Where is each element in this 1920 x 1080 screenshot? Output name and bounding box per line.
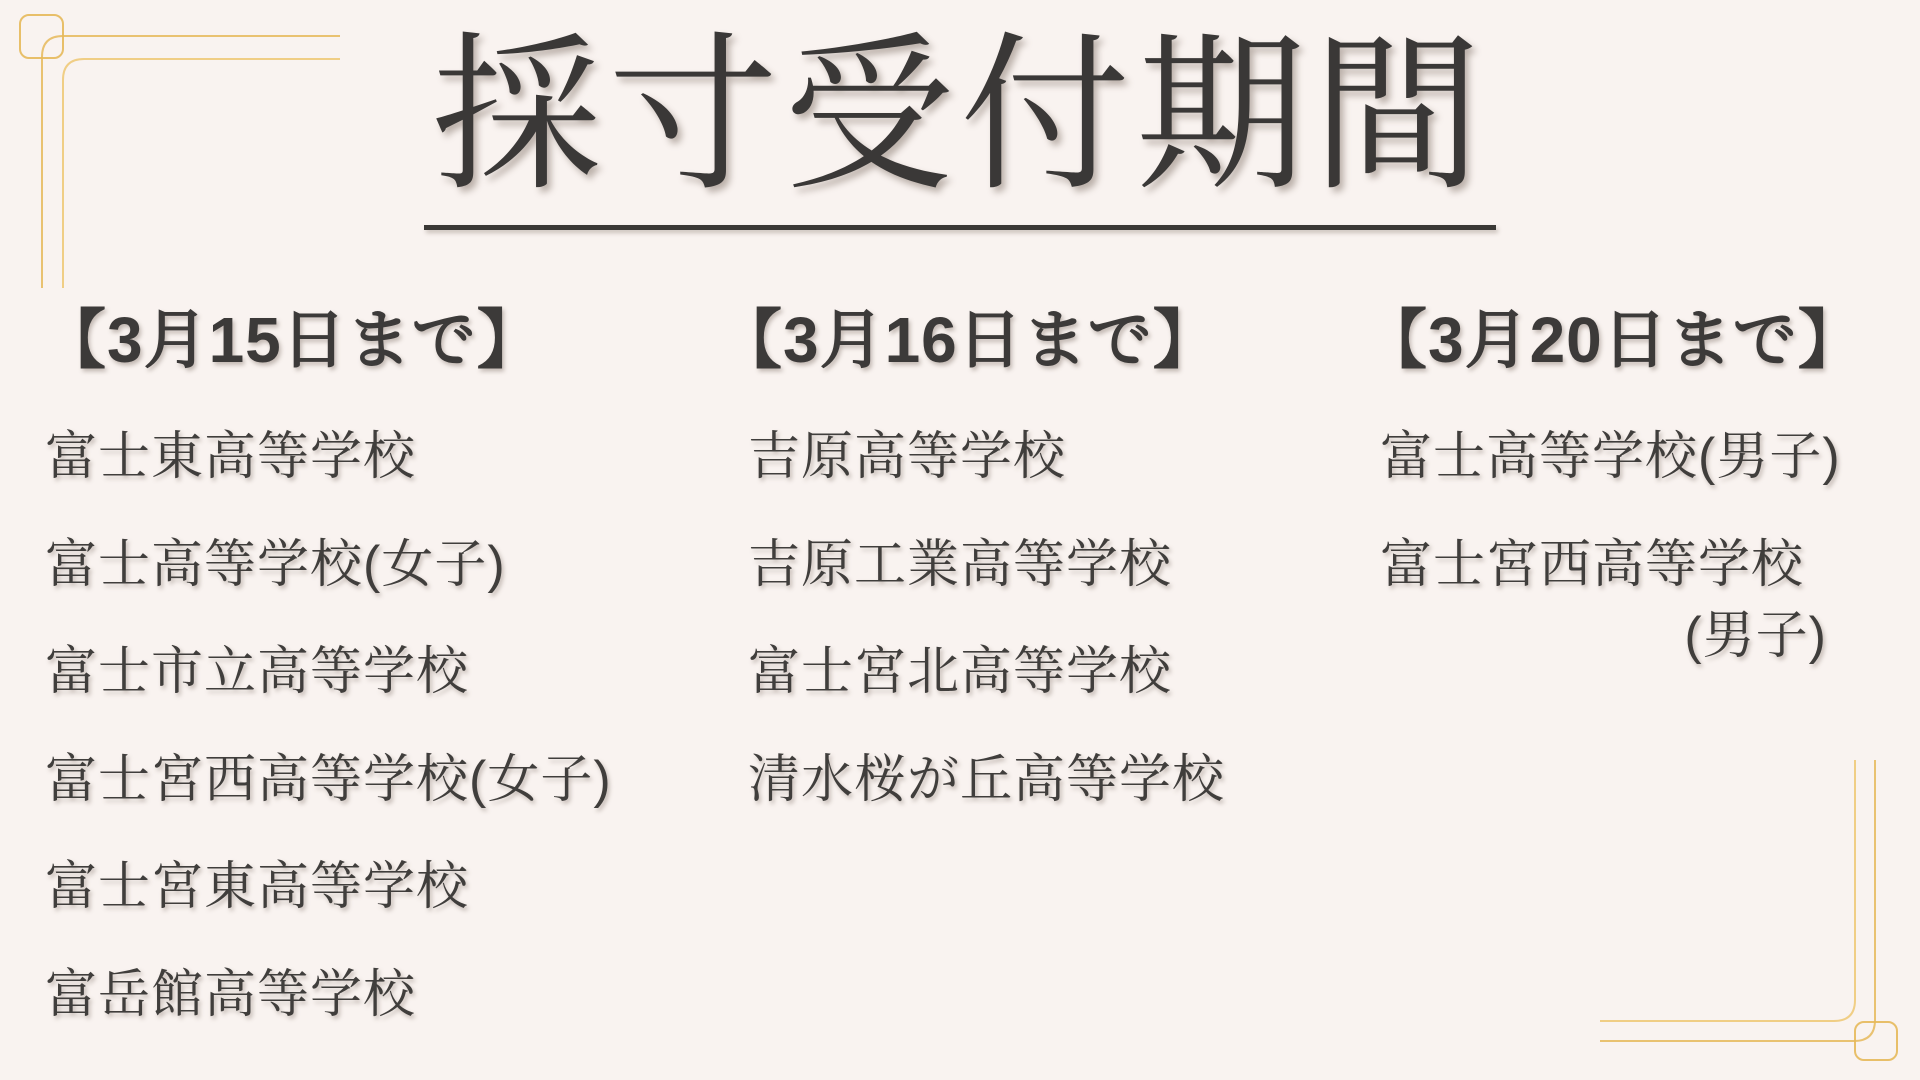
- school-list: 富士高等学校(男子)富士宮西高等学校(男子): [1363, 430, 1833, 664]
- school-item: 富士市立高等学校: [45, 645, 662, 700]
- school-item: (男子): [1380, 609, 1833, 664]
- school-list: 富士東高等学校富士高等学校(女子)富士市立高等学校富士宮西高等学校(女子)富士宮…: [42, 430, 662, 1023]
- school-item: 吉原工業高等学校: [748, 538, 1278, 593]
- school-item: 清水桜が丘高等学校: [748, 753, 1278, 808]
- school-item: 富士宮西高等学校: [1380, 538, 1833, 593]
- schedule-column: 【3月16日まで】吉原高等学校吉原工業高等学校富士宮北高等学校清水桜が丘高等学校: [718, 300, 1278, 860]
- school-item: 富士宮北高等学校: [748, 645, 1278, 700]
- title-block: 採寸受付期間: [0, 0, 1920, 230]
- schedule-column: 【3月20日まで】富士高等学校(男子)富士宮西高等学校(男子): [1363, 300, 1833, 717]
- school-item: 吉原高等学校: [748, 430, 1278, 485]
- school-item: 富士高等学校(男子): [1380, 430, 1833, 485]
- column-header: 【3月16日まで】: [718, 300, 1278, 380]
- school-item: 富士高等学校(女子): [45, 538, 662, 593]
- school-item: 富岳館高等学校: [45, 968, 662, 1023]
- school-item: 富士宮西高等学校(女子): [45, 753, 662, 808]
- title-underline: [424, 225, 1496, 230]
- column-header: 【3月20日まで】: [1363, 300, 1833, 380]
- column-header: 【3月15日まで】: [42, 300, 662, 380]
- page-title: 採寸受付期間: [0, 0, 1920, 221]
- school-item: 富士東高等学校: [45, 430, 662, 485]
- school-list: 吉原高等学校吉原工業高等学校富士宮北高等学校清水桜が丘高等学校: [718, 430, 1278, 807]
- poster: 採寸受付期間 【3月15日まで】富士東高等学校富士高等学校(女子)富士市立高等学…: [0, 0, 1920, 1080]
- schedule-column: 【3月15日まで】富士東高等学校富士高等学校(女子)富士市立高等学校富士宮西高等…: [42, 300, 662, 1076]
- schedule-columns: 【3月15日まで】富士東高等学校富士高等学校(女子)富士市立高等学校富士宮西高等…: [0, 300, 1920, 1060]
- school-item: 富士宮東高等学校: [45, 860, 662, 915]
